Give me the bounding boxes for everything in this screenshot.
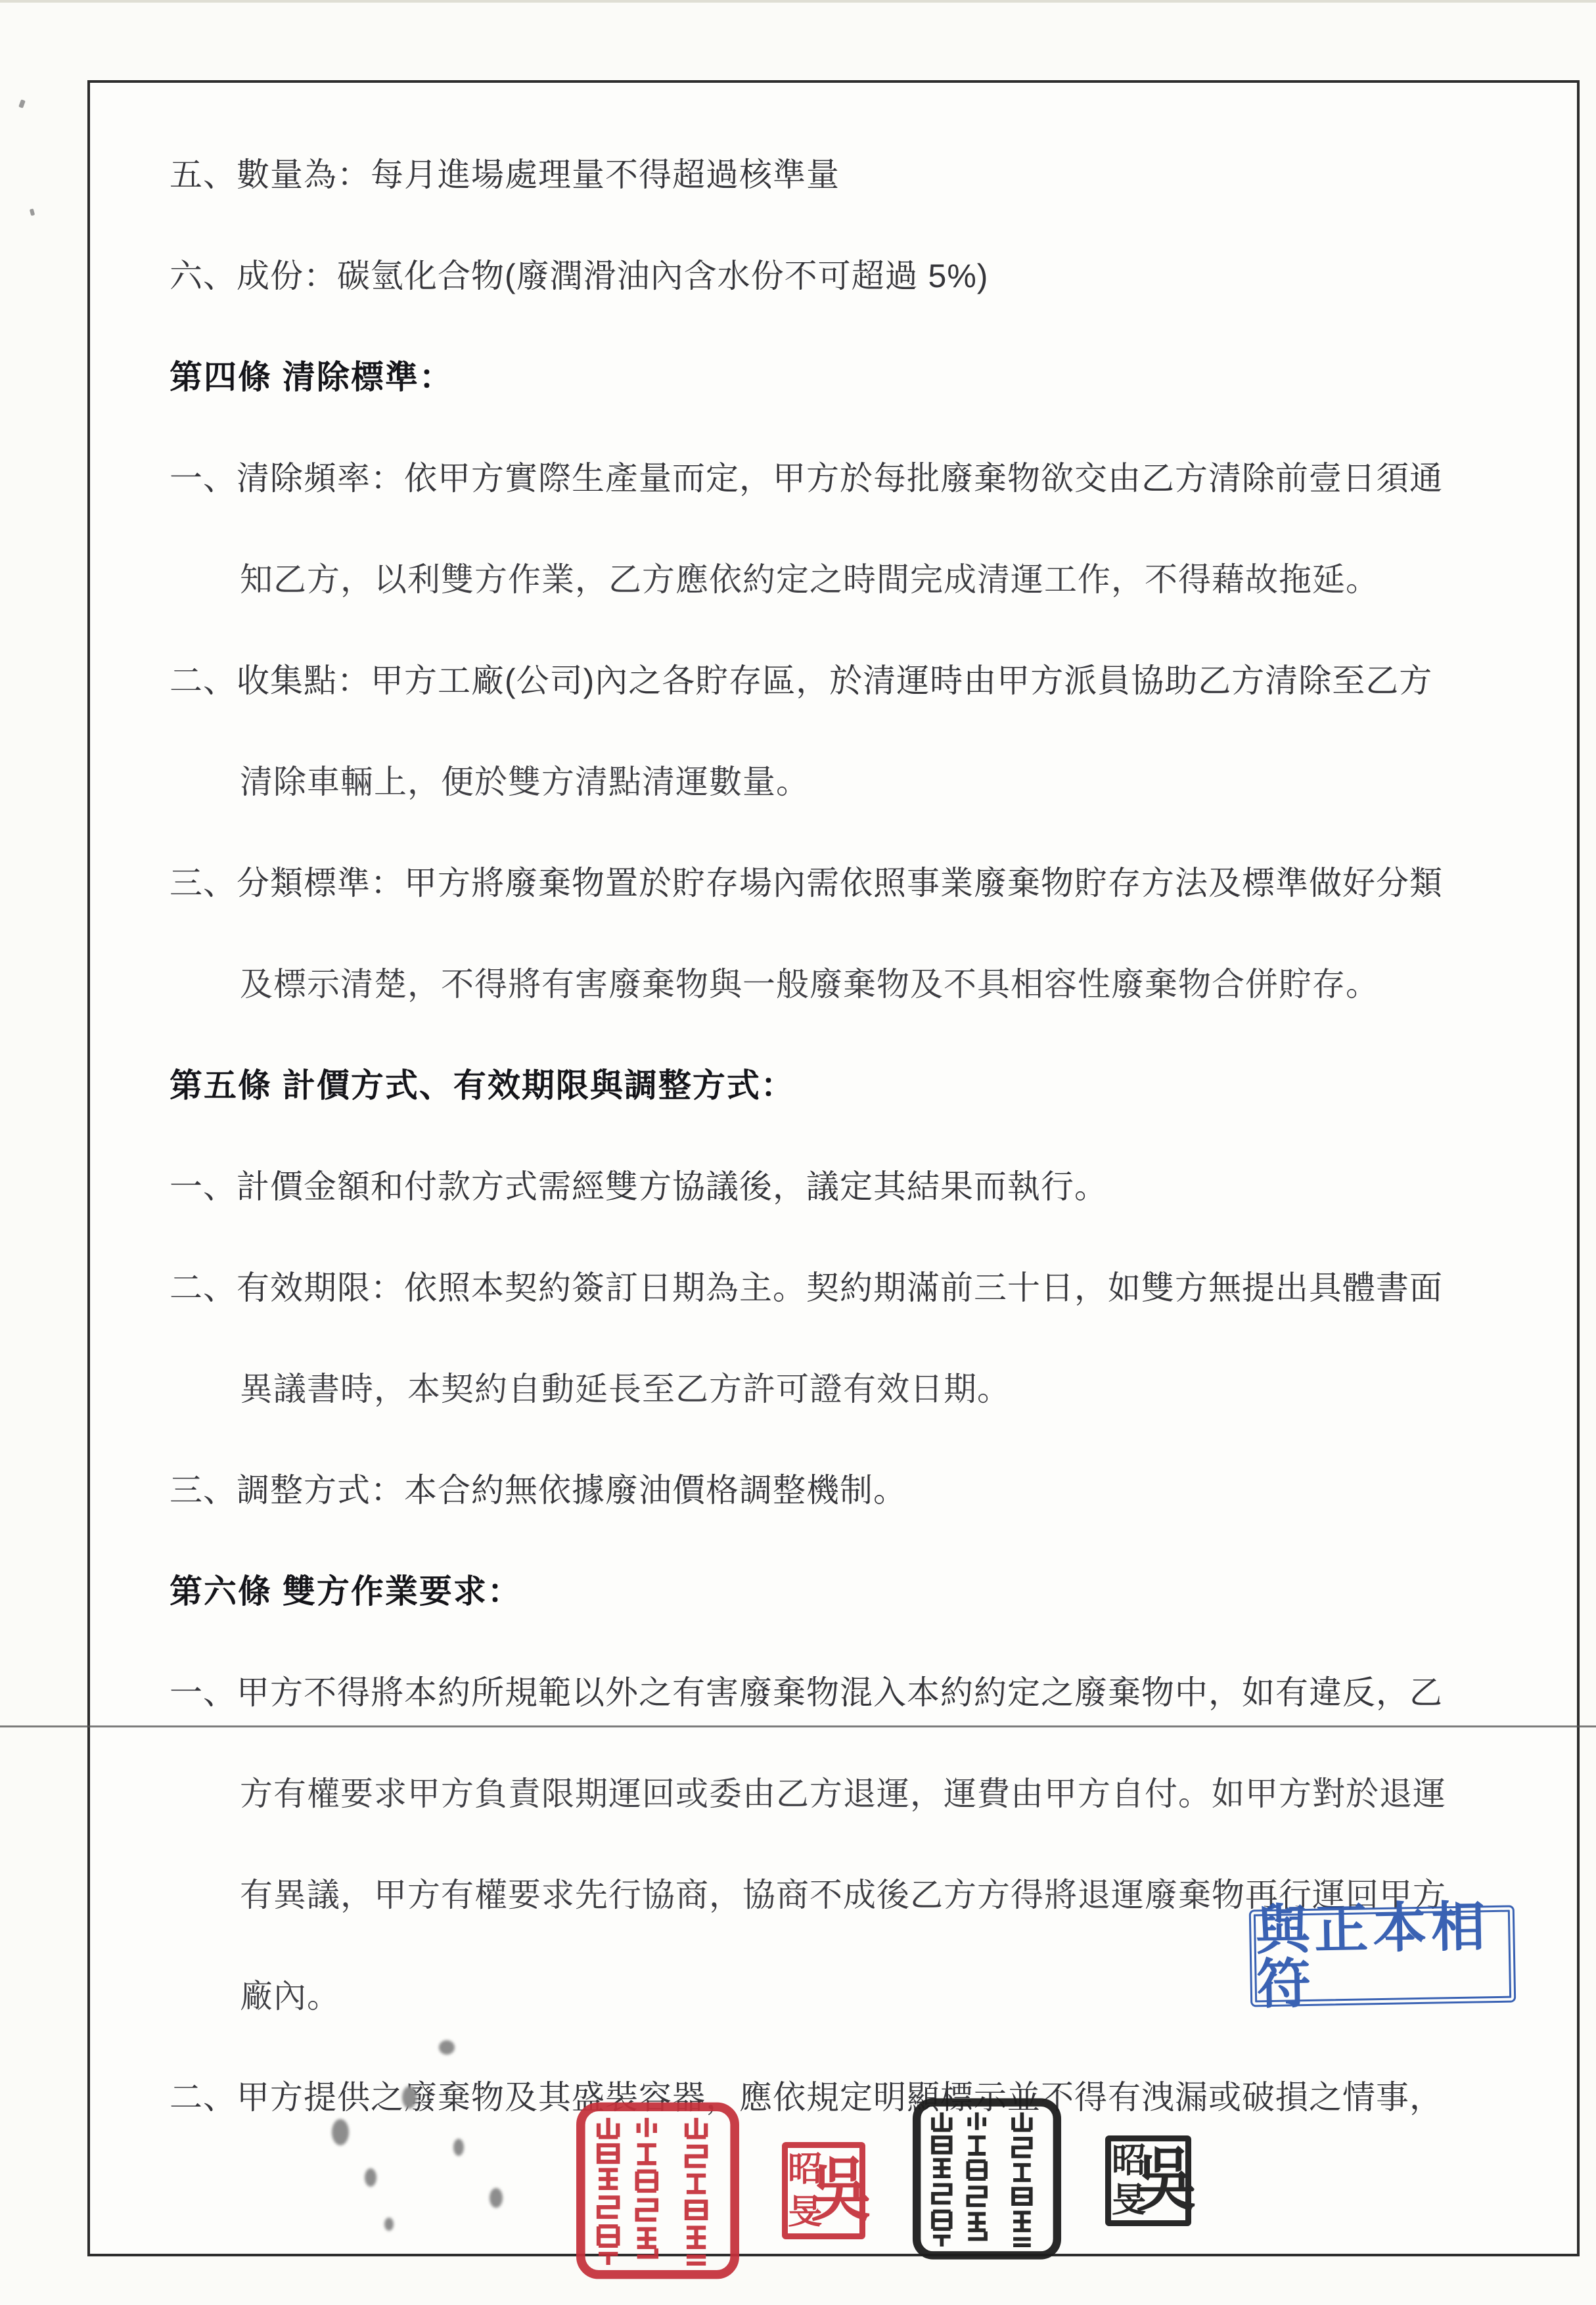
contract-line: 二、有效期限：依照本契約簽訂日期為主。契約期滿前三十日，如雙方無提出具體書面 <box>170 1269 1443 1307</box>
section-heading: 第六條 雙方作業要求： <box>170 1572 522 1610</box>
contract-line: 三、調整方式：本合約無依據廢油價格調整機制。 <box>170 1471 907 1509</box>
photocopy-smudge <box>402 2086 417 2109</box>
margin-speck <box>30 208 35 216</box>
contract-line: 一、甲方不得將本約所規範以外之有害廢棄物混入本約約定之廢棄物中，如有違反，乙 <box>170 1674 1443 1712</box>
certification-stamp: 與正本相符 <box>1249 1905 1516 2007</box>
contract-line: 知乙方，以利雙方作業，乙方應依約定之時間完成清運工作，不得藉故拖延。 <box>240 560 1379 599</box>
contract-line: 六、成份：碳氫化合物(廢潤滑油內含水份不可超過 5%) <box>170 257 988 295</box>
name-seal-char: 吳 <box>811 2156 871 2225</box>
name-seal-black-stamp: 吳 昭 旻 <box>1105 2135 1191 2226</box>
contract-line: 異議書時，本契約自動延長至乙方許可證有效日期。 <box>240 1370 1011 1408</box>
photocopy-smudge <box>490 2188 503 2208</box>
contract-line: 一、清除頻率：依甲方實際生產量而定，甲方於每批廢棄物欲交由乙方清除前壹日須通 <box>170 459 1443 497</box>
company-seal-black-stamp <box>907 2097 1067 2260</box>
contract-line: 清除車輛上，便於雙方清點清運數量。 <box>240 763 809 801</box>
contract-line: 五、數量為：每月進場處理量不得超過核準量 <box>170 156 840 194</box>
scan-fold-line <box>0 1725 1596 1727</box>
photocopy-smudge <box>365 2168 376 2187</box>
section-heading: 第五條 計價方式、有效期限與調整方式： <box>170 1066 795 1105</box>
photocopy-smudge <box>384 2218 394 2231</box>
name-seal-red-stamp: 吳 昭 旻 <box>782 2142 865 2239</box>
scan-edge-artifact <box>0 0 1596 3</box>
photocopy-smudge <box>332 2119 349 2145</box>
contract-line: 方有權要求甲方負責限期運回或委由乙方退運，運費由甲方自付。如甲方對於退運 <box>240 1775 1446 1813</box>
photocopy-smudge <box>439 2040 455 2055</box>
section-heading: 第四條 清除標準： <box>170 358 453 396</box>
contract-line: 及標示清楚，不得將有害廢棄物與一般廢棄物及不具相容性廢棄物合併貯存。 <box>240 965 1379 1003</box>
photocopy-smudge <box>453 2139 464 2156</box>
contract-line: 一、計價金額和付款方式需經雙方協議後，議定其結果而執行。 <box>170 1168 1108 1206</box>
certification-stamp-label: 與正本相符 <box>1256 1900 1510 2013</box>
contract-line: 三、分類標準：甲方將廢棄物置於貯存場內需依照事業廢棄物貯存方法及標準做好分類 <box>170 864 1443 902</box>
company-seal-red-stamp <box>573 2101 742 2280</box>
contract-line: 二、收集點：甲方工廠(公司)內之各貯存區，於清運時由甲方派員協助乙方清除至乙方 <box>170 662 1432 700</box>
contract-line: 二、甲方提供之廢棄物及其盛裝容器，應依規定明顯標示並不得有洩漏或破損之情事， <box>170 2078 1443 2116</box>
margin-speck <box>18 99 26 108</box>
contract-line: 廠內。 <box>240 1977 340 2015</box>
name-seal-char: 吳 <box>1136 2146 1197 2216</box>
